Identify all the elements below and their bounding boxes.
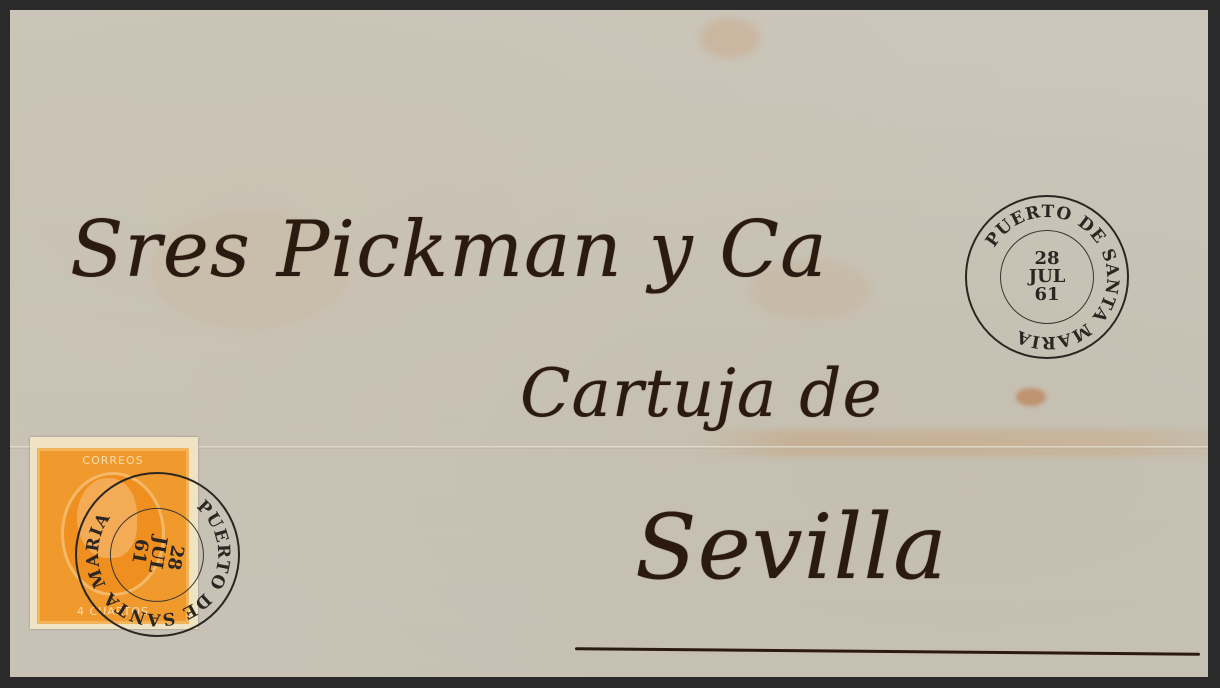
postmark-year: 61 <box>967 286 1127 304</box>
postmark-date: 28 JUL 61 <box>967 250 1127 304</box>
postal-cover: Sres Pickman y Ca Cartuja de Sevilla PUE… <box>10 10 1208 677</box>
foxing-stain <box>700 18 760 58</box>
fold-stain <box>690 430 1208 456</box>
address-line-city: Sevilla <box>635 495 948 600</box>
stamp-cancellation: PUERTO DE SANTA MARIA 28 JUL 61 <box>62 459 253 650</box>
address-line-recipient: Sres Pickman y Ca <box>70 205 828 295</box>
address-underline <box>575 647 1200 655</box>
circular-datestamp: PUERTO DE SANTA MARIA 28 JUL 61 <box>965 195 1129 359</box>
address-line-locality: Cartuja de <box>520 355 883 432</box>
rust-spot <box>1016 388 1046 406</box>
